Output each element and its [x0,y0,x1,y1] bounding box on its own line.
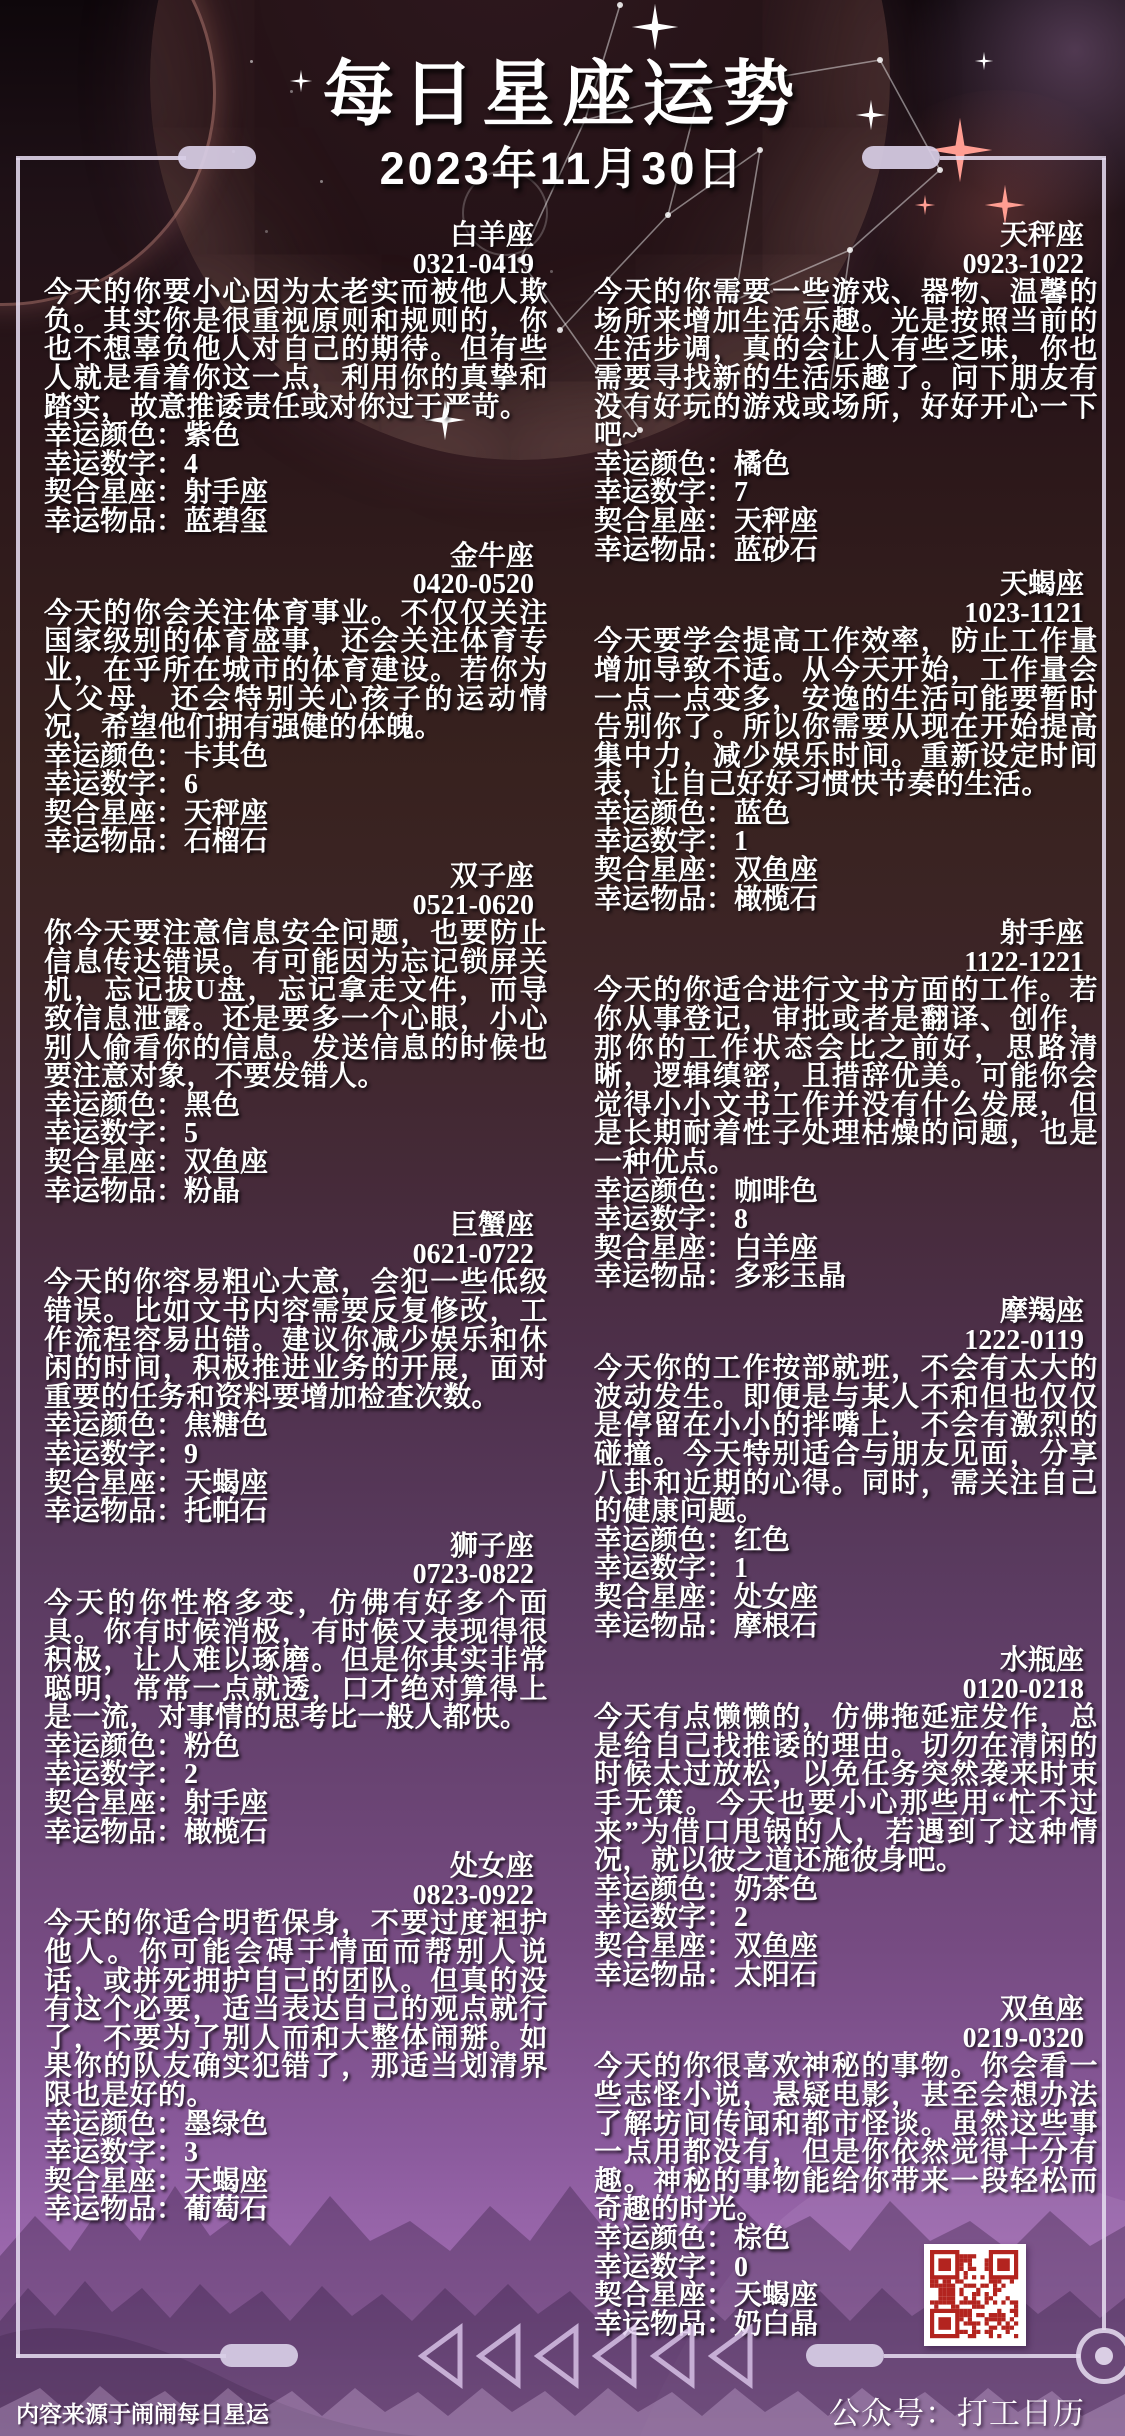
lucky-number-value: 4 [184,449,198,480]
zodiac-fortune-text: 今天的你很喜欢神秘的事物。你会看一些志怪小说，悬疑电影，甚至会想办法了解坊间传闻… [594,2053,1098,2225]
lucky-item-line: 幸运物品：蓝碧玺 [44,508,548,537]
zodiac-fortune-text: 今天你的工作按部就班，不会有太大的波动发生。即便是与某人不和但也仅仅是停留在小小… [594,1355,1098,1527]
horoscope-poster: 每日星座运势 2023年11月30日 白羊座 0321-0419 今天的你要小心… [0,0,1125,2436]
match-sign-value: 天蝎座 [184,2166,268,2197]
lucky-color-label: 幸运颜色： [594,798,734,829]
lucky-number-label: 幸运数字： [44,449,184,480]
lucky-color-line: 幸运颜色：奶茶色 [594,1876,1098,1905]
lucky-number-line: 幸运数字：9 [44,1441,548,1470]
zodiac-date-range: 1023-1121 [594,600,1098,629]
match-sign-line: 契合星座：处女座 [594,1584,1098,1613]
lucky-color-line: 幸运颜色：粉色 [44,1733,548,1762]
match-sign-line: 契合星座：白羊座 [594,1235,1098,1264]
zodiac-fortune-text: 今天的你会关注体育事业。不仅仅关注国家级别的体育盛事，还会关注体育专业，在乎所在… [44,600,548,743]
lucky-item-label: 幸运物品： [594,1261,734,1292]
zodiac-section: 射手座 1122-1221 今天的你适合进行文书方面的工作。若你从事登记，审批或… [594,920,1098,1292]
zodiac-section: 天蝎座 1023-1121 今天要学会提高工作效率，防止工作量增加导致不适。从今… [594,571,1098,914]
date-heading: 2023年11月30日 [0,132,1125,197]
lucky-color-value: 红色 [734,1525,790,1556]
zodiac-name: 天秤座 [594,222,1098,251]
page-title: 每日星座运势 [0,36,1125,140]
lucky-color-value: 奶茶色 [734,1874,818,1905]
lucky-number-value: 7 [734,477,748,508]
lucky-color-line: 幸运颜色：红色 [594,1527,1098,1556]
lucky-item-line: 幸运物品：橄榄石 [594,886,1098,915]
match-sign-label: 契合星座： [44,477,184,508]
lucky-number-value: 1 [734,826,748,857]
lucky-number-line: 幸运数字：1 [594,828,1098,857]
lucky-number-line: 幸运数字：4 [44,451,548,480]
zodiac-date-range: 0823-0922 [44,1882,548,1911]
match-sign-value: 天秤座 [734,506,818,537]
lucky-color-line: 幸运颜色：焦糖色 [44,1412,548,1441]
lucky-item-label: 幸运物品： [44,2194,184,2225]
lucky-item-value: 橄榄石 [734,884,818,915]
lucky-item-line: 幸运物品：石榴石 [44,828,548,857]
lucky-item-line: 幸运物品：粉晶 [44,1178,548,1207]
lucky-number-label: 幸运数字： [44,1759,184,1790]
zodiac-date-range: 0219-0320 [594,2025,1098,2054]
lucky-number-label: 幸运数字： [594,2252,734,2283]
lucky-number-label: 幸运数字： [44,1439,184,1470]
lucky-number-value: 1 [734,1553,748,1584]
left-column: 白羊座 0321-0419 今天的你要小心因为太老实而被他人欺负。其实你是很重视… [44,222,548,2231]
lucky-item-value: 石榴石 [184,826,268,857]
lucky-color-label: 幸运颜色： [44,741,184,772]
zodiac-date-range: 1122-1221 [594,949,1098,978]
lucky-color-value: 卡其色 [184,741,268,772]
lucky-color-label: 幸运颜色： [594,449,734,480]
zodiac-name: 狮子座 [44,1533,548,1562]
zodiac-section: 处女座 0823-0922 今天的你适合明哲保身，不要过度袒护他人。你可能会碍于… [44,1853,548,2225]
match-sign-value: 天蝎座 [184,1468,268,1499]
lucky-color-value: 紫色 [184,420,240,451]
lucky-color-line: 幸运颜色：紫色 [44,422,548,451]
lucky-number-line: 幸运数字：2 [44,1761,548,1790]
zodiac-fortune-text: 今天的你需要一些游戏、器物、温馨的场所来增加生活乐趣。光是按照当前的生活步调，真… [594,279,1098,451]
zodiac-name: 射手座 [594,920,1098,949]
zodiac-fortune-text: 你今天要注意信息安全问题，也要防止信息传达错误。有可能因为忘记锁屏关机，忘记拔U… [44,920,548,1092]
zodiac-date-range: 0923-1022 [594,251,1098,280]
lucky-number-value: 9 [184,1439,198,1470]
lucky-item-value: 蓝碧玺 [184,506,268,537]
frame-pill-bottom-left [220,2344,298,2367]
match-sign-value: 双鱼座 [734,1931,818,1962]
lucky-number-value: 6 [184,769,198,800]
lucky-item-value: 橄榄石 [184,1817,268,1848]
content-source-note: 内容来源于闹闹每日星运 [16,2396,269,2429]
lucky-number-value: 8 [734,1204,748,1235]
zodiac-section: 天秤座 0923-1022 今天的你需要一些游戏、器物、温馨的场所来增加生活乐趣… [594,222,1098,565]
lucky-item-label: 幸运物品： [594,1960,734,1991]
lucky-item-value: 葡萄石 [184,2194,268,2225]
match-sign-value: 天蝎座 [734,2280,818,2311]
frame-right-line [1102,158,1106,2330]
match-sign-value: 天秤座 [184,798,268,829]
lucky-item-value: 多彩玉晶 [734,1261,846,1292]
match-sign-line: 契合星座：双鱼座 [594,857,1098,886]
zodiac-section: 水瓶座 0120-0218 今天有点懒懒的，仿佛拖延症发作，总是给自己找推诿的理… [594,1647,1098,1990]
lucky-item-line: 幸运物品：蓝砂石 [594,537,1098,566]
zodiac-name: 金牛座 [44,543,548,572]
qr-code [924,2244,1026,2346]
right-column: 天秤座 0923-1022 今天的你需要一些游戏、器物、温馨的场所来增加生活乐趣… [594,222,1098,2345]
lucky-number-value: 3 [184,2137,198,2168]
match-sign-label: 契合星座： [594,1233,734,1264]
lucky-color-line: 幸运颜色：墨绿色 [44,2111,548,2140]
lucky-color-label: 幸运颜色： [594,1525,734,1556]
zodiac-fortune-text: 今天的你适合进行文书方面的工作。若你从事登记，审批或者是翻译、创作，那你的工作状… [594,977,1098,1177]
lucky-item-line: 幸运物品：摩根石 [594,1613,1098,1642]
zodiac-fortune-text: 今天有点懒懒的，仿佛拖延症发作，总是给自己找推诿的理由。切勿在清闲的时候太过放松… [594,1704,1098,1876]
lucky-item-label: 幸运物品： [44,1176,184,1207]
lucky-item-line: 幸运物品：托帕石 [44,1498,548,1527]
lucky-color-value: 棕色 [734,2223,790,2254]
lucky-number-line: 幸运数字：8 [594,1206,1098,1235]
lucky-item-label: 幸运物品： [44,826,184,857]
zodiac-date-range: 0723-0822 [44,1561,548,1590]
lucky-color-label: 幸运颜色： [594,1874,734,1905]
zodiac-fortune-text: 今天的你性格多变，仿佛有好多个面具。你有时候消极，有时候又表现得很积极，让人难以… [44,1590,548,1733]
lucky-number-line: 幸运数字：3 [44,2139,548,2168]
lucky-item-line: 幸运物品：橄榄石 [44,1819,548,1848]
lucky-color-line: 幸运颜色：黑色 [44,1092,548,1121]
lucky-item-line: 幸运物品：葡萄石 [44,2196,548,2225]
match-sign-value: 处女座 [734,1582,818,1613]
lucky-item-label: 幸运物品： [594,884,734,915]
match-sign-line: 契合星座：射手座 [44,479,548,508]
match-sign-label: 契合星座： [44,1788,184,1819]
zodiac-name: 双鱼座 [594,1996,1098,2025]
lucky-color-value: 黑色 [184,1090,240,1121]
match-sign-line: 契合星座：天蝎座 [44,1470,548,1499]
lucky-number-label: 幸运数字： [44,1118,184,1149]
match-sign-label: 契合星座： [594,855,734,886]
lucky-color-value: 橘色 [734,449,790,480]
lucky-item-value: 摩根石 [734,1611,818,1642]
lucky-number-label: 幸运数字： [594,826,734,857]
lucky-color-label: 幸运颜色： [44,1410,184,1441]
zodiac-name: 水瓶座 [594,1647,1098,1676]
zodiac-name: 摩羯座 [594,1298,1098,1327]
match-sign-label: 契合星座： [44,798,184,829]
lucky-item-value: 粉晶 [184,1176,240,1207]
lucky-number-value: 5 [184,1118,198,1149]
lucky-number-label: 幸运数字： [594,1553,734,1584]
zodiac-fortune-text: 今天的你适合明哲保身，不要过度袒护他人。你可能会碍于情面而帮别人说话，或拼死拥护… [44,1910,548,2110]
lucky-number-value: 0 [734,2252,748,2283]
frame-bottom-left-line [16,2354,226,2358]
lucky-number-label: 幸运数字： [44,2137,184,2168]
lucky-number-line: 幸运数字：2 [594,1904,1098,1933]
match-sign-line: 契合星座：天秤座 [44,800,548,829]
lucky-color-value: 咖啡色 [734,1176,818,1207]
match-sign-value: 射手座 [184,1788,268,1819]
frame-pill-bottom-right [806,2344,884,2367]
lucky-item-label: 幸运物品： [594,535,734,566]
zodiac-section: 金牛座 0420-0520 今天的你会关注体育事业。不仅仅关注国家级别的体育盛事… [44,543,548,858]
lucky-color-value: 墨绿色 [184,2109,268,2140]
zodiac-date-range: 0120-0218 [594,1676,1098,1705]
match-sign-label: 契合星座： [594,1582,734,1613]
zodiac-section: 摩羯座 1222-0119 今天你的工作按部就班，不会有太大的波动发生。即便是与… [594,1298,1098,1641]
zodiac-fortune-text: 今天的你要小心因为太老实而被他人欺负。其实你是很重视原则和规则的，你也不想辜负他… [44,279,548,422]
lucky-number-line: 幸运数字：5 [44,1120,548,1149]
lucky-item-label: 幸运物品： [44,1817,184,1848]
lucky-item-value: 太阳石 [734,1960,818,1991]
lucky-item-line: 幸运物品：多彩玉晶 [594,1263,1098,1292]
zodiac-date-range: 0621-0722 [44,1241,548,1270]
lucky-color-label: 幸运颜色： [44,420,184,451]
lucky-color-label: 幸运颜色： [594,1176,734,1207]
lucky-number-label: 幸运数字： [44,769,184,800]
lucky-color-label: 幸运颜色： [44,2109,184,2140]
zodiac-date-range: 0321-0419 [44,251,548,280]
lucky-number-line: 幸运数字：7 [594,479,1098,508]
lucky-color-line: 幸运颜色：蓝色 [594,800,1098,829]
match-sign-label: 契合星座： [594,506,734,537]
match-sign-value: 白羊座 [734,1233,818,1264]
lucky-color-line: 幸运颜色：卡其色 [44,743,548,772]
lucky-number-line: 幸运数字：6 [44,771,548,800]
lucky-item-label: 幸运物品： [44,1496,184,1527]
lucky-item-value: 托帕石 [184,1496,268,1527]
lucky-color-line: 幸运颜色：咖啡色 [594,1178,1098,1207]
match-sign-label: 契合星座： [44,1147,184,1178]
official-account-label: 公众号：打工日历 [829,2388,1085,2433]
lucky-number-label: 幸运数字： [594,477,734,508]
zodiac-fortune-text: 今天要学会提高工作效率，防止工作量增加导致不适。从今天开始，工作量会一点一点变多… [594,628,1098,800]
match-sign-label: 契合星座： [44,1468,184,1499]
lucky-color-label: 幸运颜色： [594,2223,734,2254]
triangle-arrows-decoration [410,2322,760,2390]
lucky-item-label: 幸运物品： [594,1611,734,1642]
zodiac-date-range: 0420-0520 [44,571,548,600]
match-sign-line: 契合星座：双鱼座 [594,1933,1098,1962]
lucky-number-value: 2 [184,1759,198,1790]
match-sign-label: 契合星座： [594,1931,734,1962]
lucky-item-line: 幸运物品：太阳石 [594,1962,1098,1991]
lucky-item-value: 蓝砂石 [734,535,818,566]
frame-left-line [16,158,20,2358]
match-sign-line: 契合星座：射手座 [44,1790,548,1819]
zodiac-name: 天蝎座 [594,571,1098,600]
zodiac-name: 白羊座 [44,222,548,251]
match-sign-line: 契合星座：天秤座 [594,508,1098,537]
match-sign-value: 射手座 [184,477,268,508]
lucky-number-label: 幸运数字： [594,1204,734,1235]
zodiac-name: 巨蟹座 [44,1212,548,1241]
frame-bottom-right-line [884,2354,1080,2358]
match-sign-label: 契合星座： [44,2166,184,2197]
lucky-color-line: 幸运颜色：橘色 [594,451,1098,480]
lucky-color-value: 蓝色 [734,798,790,829]
zodiac-name: 双子座 [44,863,548,892]
match-sign-line: 契合星座：双鱼座 [44,1149,548,1178]
match-sign-value: 双鱼座 [734,855,818,886]
zodiac-name: 处女座 [44,1853,548,1882]
lucky-color-value: 粉色 [184,1731,240,1762]
zodiac-section: 巨蟹座 0621-0722 今天的你容易粗心大意，会犯一些低级错误。比如文书内容… [44,1212,548,1527]
lucky-number-value: 2 [734,1902,748,1933]
zodiac-section: 狮子座 0723-0822 今天的你性格多变，仿佛有好多个面具。你有时候消极，有… [44,1533,548,1848]
lucky-color-label: 幸运颜色： [44,1090,184,1121]
zodiac-date-range: 1222-0119 [594,1327,1098,1356]
zodiac-section: 白羊座 0321-0419 今天的你要小心因为太老实而被他人欺负。其实你是很重视… [44,222,548,537]
lucky-color-label: 幸运颜色： [44,1731,184,1762]
zodiac-fortune-text: 今天的你容易粗心大意，会犯一些低级错误。比如文书内容需要反复修改，工作流程容易出… [44,1269,548,1412]
match-sign-value: 双鱼座 [184,1147,268,1178]
zodiac-section: 双子座 0521-0620 你今天要注意信息安全问题，也要防止信息传达错误。有可… [44,863,548,1206]
lucky-color-value: 焦糖色 [184,1410,268,1441]
match-sign-line: 契合星座：天蝎座 [44,2168,548,2197]
match-sign-label: 契合星座： [594,2280,734,2311]
lucky-number-label: 幸运数字： [594,1902,734,1933]
lucky-item-label: 幸运物品： [44,506,184,537]
zodiac-date-range: 0521-0620 [44,892,548,921]
lucky-number-line: 幸运数字：1 [594,1555,1098,1584]
